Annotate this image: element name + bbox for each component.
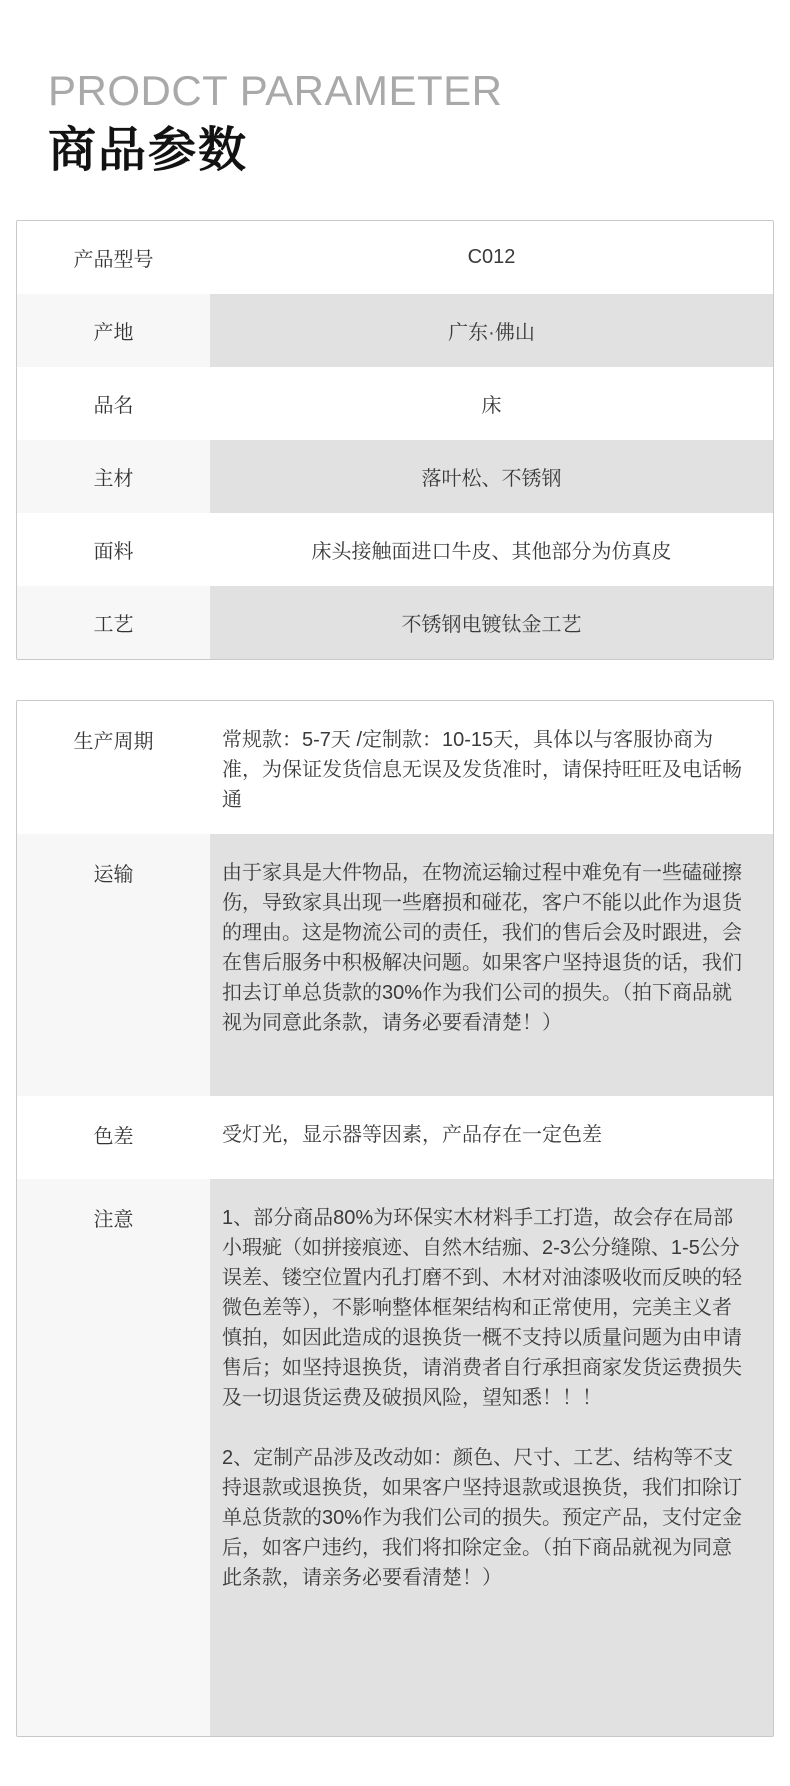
spec-row-fabric: 面料 床头接触面进口牛皮、其他部分为仿真皮	[17, 513, 773, 586]
info-value-production-cycle: 常规款：5-7天 /定制款：10-15天，具体以与客服协商为准，为保证发货信息无…	[210, 701, 773, 834]
spec-value-main-material: 落叶松、不锈钢	[210, 440, 773, 513]
spec-label-product-name: 品名	[17, 367, 210, 440]
spec-value-model: C012	[210, 221, 773, 294]
info-row-notice: 注意 1、部分商品80%为环保实木材料手工打造，故会存在局部小瑕疵（如拼接痕迹、…	[17, 1179, 773, 1736]
spec-value-origin: 广东·佛山	[210, 294, 773, 367]
info-value-color-difference: 受灯光，显示器等因素，产品存在一定色差	[210, 1096, 773, 1179]
notice-paragraph-2: 2、定制产品涉及改动如：颜色、尺寸、工艺、结构等不支持退款或退换货，如果客户坚持…	[222, 1443, 751, 1593]
spec-row-main-material: 主材 落叶松、不锈钢	[17, 440, 773, 513]
spec-label-craft: 工艺	[17, 586, 210, 659]
spec-row-craft: 工艺 不锈钢电镀钛金工艺	[17, 586, 773, 659]
info-row-shipping: 运输 由于家具是大件物品，在物流运输过程中难免有一些磕碰擦伤，导致家具出现一些磨…	[17, 834, 773, 1096]
spec-value-craft: 不锈钢电镀钛金工艺	[210, 586, 773, 659]
spec-value-product-name: 床	[210, 367, 773, 440]
info-label-color-difference: 色差	[17, 1096, 210, 1179]
spec-table: 产品型号 C012 产地 广东·佛山 品名 床 主材 落叶松、不锈钢 面料 床头…	[16, 220, 774, 660]
info-value-notice: 1、部分商品80%为环保实木材料手工打造，故会存在局部小瑕疵（如拼接痕迹、自然木…	[210, 1179, 773, 1736]
header: PRODCT PARAMETER 商品参数	[0, 0, 790, 175]
spec-row-origin: 产地 广东·佛山	[17, 294, 773, 367]
spec-value-fabric: 床头接触面进口牛皮、其他部分为仿真皮	[210, 513, 773, 586]
notice-paragraph-1: 1、部分商品80%为环保实木材料手工打造，故会存在局部小瑕疵（如拼接痕迹、自然木…	[222, 1203, 751, 1413]
spec-label-main-material: 主材	[17, 440, 210, 513]
spec-label-fabric: 面料	[17, 513, 210, 586]
info-label-notice: 注意	[17, 1179, 210, 1736]
spec-row-model: 产品型号 C012	[17, 221, 773, 294]
info-label-production-cycle: 生产周期	[17, 701, 210, 834]
spec-row-product-name: 品名 床	[17, 367, 773, 440]
spec-label-origin: 产地	[17, 294, 210, 367]
spec-label-model: 产品型号	[17, 221, 210, 294]
info-row-production-cycle: 生产周期 常规款：5-7天 /定制款：10-15天，具体以与客服协商为准，为保证…	[17, 701, 773, 834]
page: PRODCT PARAMETER 商品参数 产品型号 C012 产地 广东·佛山…	[0, 0, 790, 1737]
info-label-shipping: 运输	[17, 834, 210, 1096]
info-value-shipping: 由于家具是大件物品，在物流运输过程中难免有一些磕碰擦伤，导致家具出现一些磨损和碰…	[210, 834, 773, 1096]
info-row-color-difference: 色差 受灯光，显示器等因素，产品存在一定色差	[17, 1096, 773, 1179]
page-title-chinese: 商品参数	[48, 127, 790, 175]
page-title-english: PRODCT PARAMETER	[48, 70, 790, 112]
info-table: 生产周期 常规款：5-7天 /定制款：10-15天，具体以与客服协商为准，为保证…	[16, 700, 774, 1737]
